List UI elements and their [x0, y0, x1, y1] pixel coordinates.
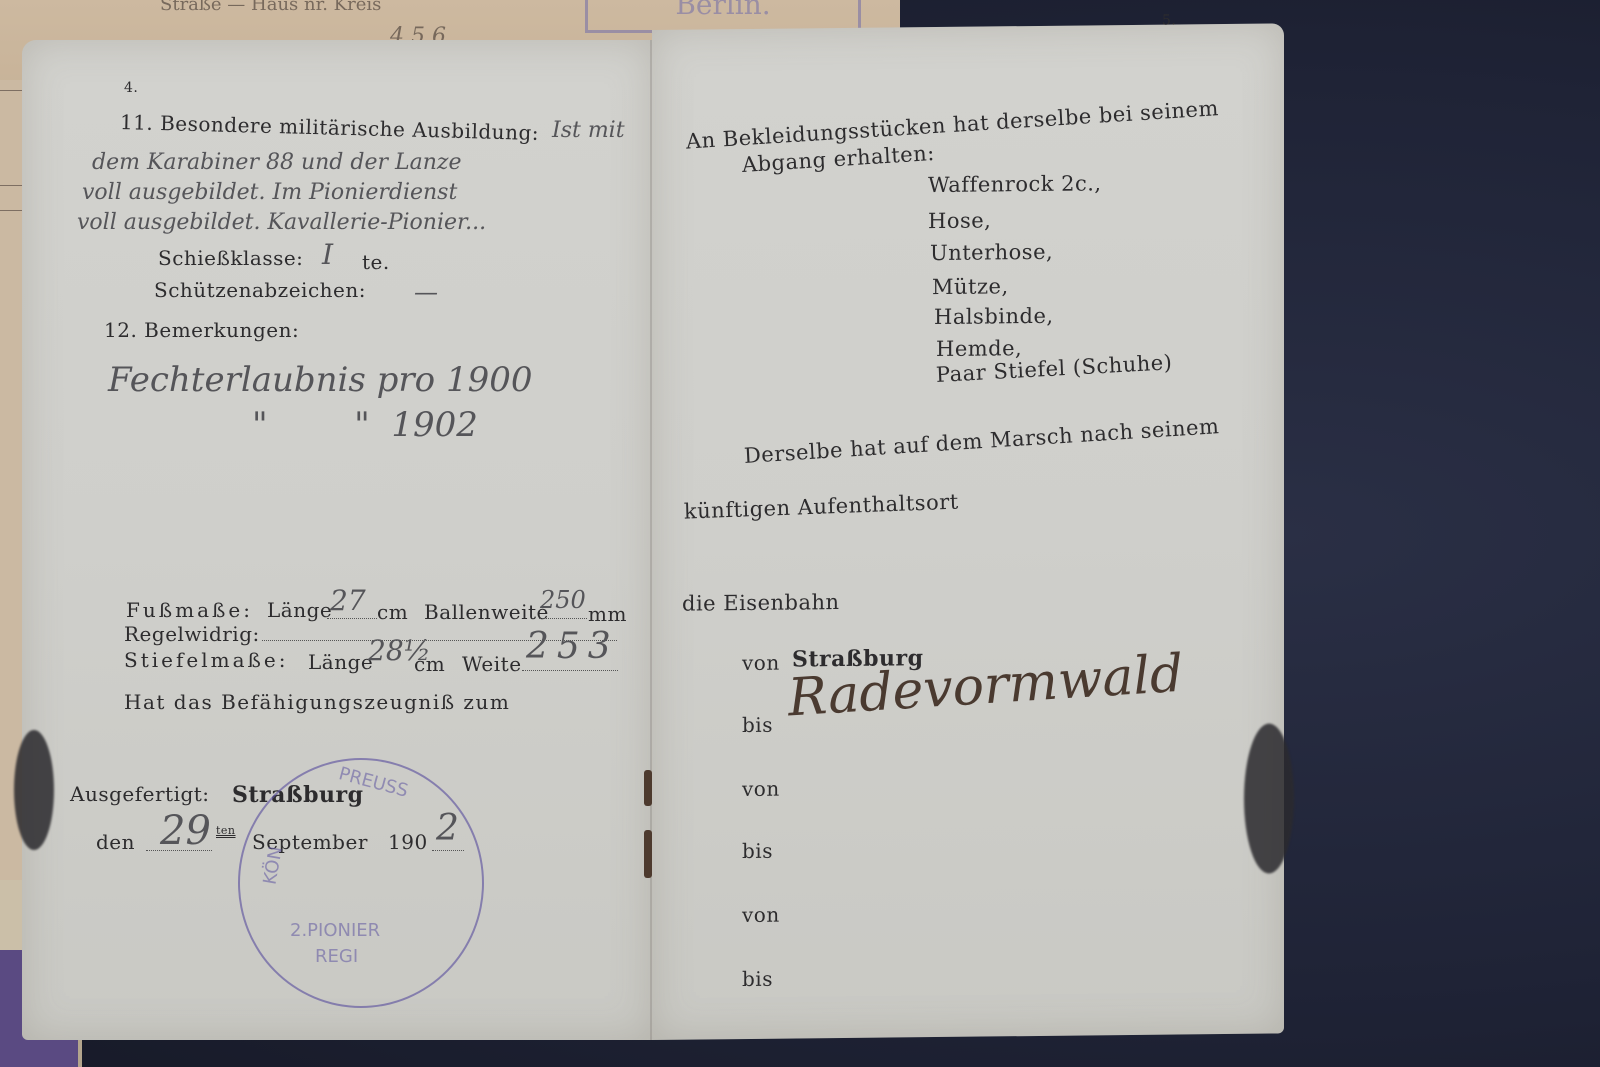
- section-11-handwriting: voll ausgebildet. Kavallerie-Pionier...: [77, 210, 486, 235]
- clothing-item: Hemde,: [936, 336, 1022, 361]
- foot-length-value: 27: [330, 584, 366, 617]
- clothing-item: Halsbinde,: [934, 304, 1054, 329]
- march-text: Derselbe hat auf dem Marsch nach seinem: [743, 414, 1220, 468]
- shooting-class-label: Schießklasse:: [158, 246, 303, 270]
- ball-width-value: 250: [540, 586, 586, 614]
- section-11-label: 11. Besondere militärische Ausbildung:: [120, 110, 540, 145]
- route-from-label: von: [742, 651, 780, 675]
- left-page: 4. 11. Besondere militärische Ausbildung…: [22, 40, 652, 1040]
- den-label: den: [96, 830, 135, 854]
- route-to-label: bis: [742, 713, 773, 737]
- shooting-class-suffix: te.: [362, 250, 390, 274]
- burn-stain: [1244, 723, 1294, 874]
- clothing-intro: An Bekleidungsstücken hat derselbe bei s…: [685, 96, 1219, 153]
- march-text: künftigen Aufenthaltsort: [684, 490, 959, 524]
- background-form-line: Straße — Haus nr. Kreis: [160, 0, 381, 15]
- route-to-label: bis: [742, 967, 773, 991]
- route-from-label: von: [742, 777, 780, 801]
- issued-label: Ausgefertigt:: [70, 782, 210, 806]
- section-11-handwriting: dem Karabiner 88 und der Lanze: [92, 150, 461, 175]
- right-page: 5. An Bekleidungsstücken hat derselbe be…: [652, 23, 1284, 1040]
- burn-stain: [14, 730, 54, 850]
- issued-day: 29: [160, 808, 211, 854]
- foot-length-unit: cm: [377, 600, 408, 624]
- military-booklet: 4. 11. Besondere militärische Ausbildung…: [22, 30, 1284, 1040]
- route-to-label: bis: [742, 839, 773, 863]
- ball-width-label: Ballenweite: [424, 600, 549, 624]
- issued-day-suffix: ten: [216, 824, 236, 837]
- remarks-handwriting: Fechterlaubnis pro 1900: [108, 360, 533, 400]
- railway-label: die Eisenbahn: [682, 590, 840, 616]
- shooting-class-value: I: [322, 238, 333, 271]
- section-11-handwriting: Ist mit: [552, 118, 625, 143]
- ball-width-unit: mm: [588, 602, 627, 626]
- route-from-label: von: [742, 903, 780, 927]
- irregular-label: Regelwidrig:: [124, 622, 260, 646]
- staple-rust: [644, 830, 652, 878]
- clothing-item: Unterhose,: [930, 240, 1053, 265]
- certificate-line: Hat das Befähigungszeugniß zum: [124, 690, 510, 714]
- boot-length-unit: cm: [414, 652, 445, 676]
- foot-measure-label: Fußmaße:: [126, 598, 253, 622]
- boot-length-label: Länge: [308, 650, 373, 674]
- foot-length-label: Länge: [267, 598, 332, 622]
- regiment-stamp: PREUSS KÖN 2.PIONIER REGI: [238, 758, 484, 1008]
- boot-width-label: Weite: [462, 652, 522, 676]
- boot-measure-label: Stiefelmaße:: [124, 648, 288, 672]
- clothing-item: Hose,: [928, 208, 991, 233]
- clothing-item: Waffenrock 2c.,: [928, 171, 1102, 197]
- section-12-label: 12. Bemerkungen:: [104, 318, 299, 342]
- page-number: 4.: [124, 80, 138, 96]
- marksman-badge-value: —: [414, 278, 438, 306]
- staple-rust: [644, 770, 652, 806]
- boot-width-value: 253: [526, 626, 619, 667]
- section-11-handwriting: voll ausgebildet. Im Pionierdienst: [82, 180, 457, 205]
- page-number: 5.: [1162, 13, 1176, 29]
- marksman-badge-label: Schützenabzeichen:: [154, 278, 366, 302]
- remarks-handwriting: " " 1902: [252, 405, 478, 445]
- clothing-item: Mütze,: [932, 274, 1009, 299]
